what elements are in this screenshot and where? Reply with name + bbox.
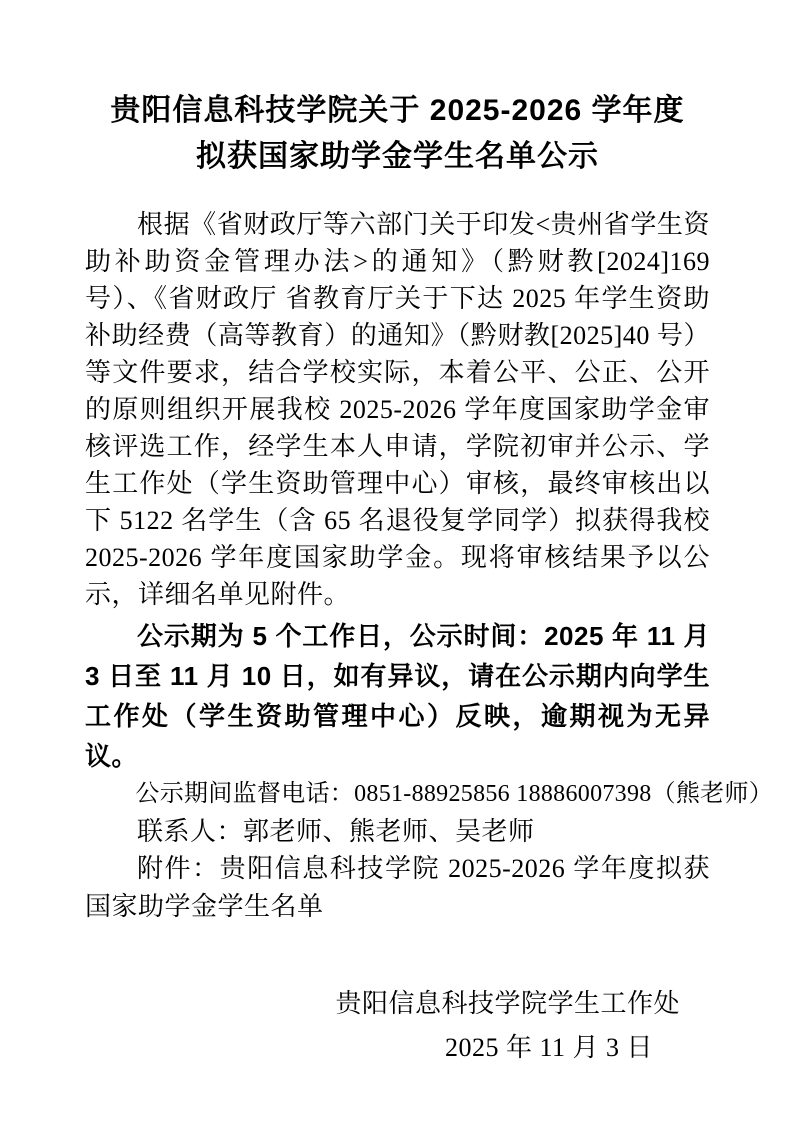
- signature-department: 贵阳信息科技学院学生工作处: [85, 982, 680, 1026]
- document-title: 贵阳信息科技学院关于 2025-2026 学年度 拟获国家助学金学生名单公示: [85, 88, 710, 180]
- document-title-line2: 拟获国家助学金学生名单公示: [85, 134, 710, 180]
- publicity-period-paragraph: 公示期为 5 个工作日，公示时间：2025 年 11 月 3 日至 11 月 1…: [85, 616, 710, 776]
- contact-persons-line: 联系人：郭老师、熊老师、吴老师: [85, 813, 710, 850]
- supervision-phone-line: 公示期间监督电话：0851-88925856 18886007398（熊老师）: [85, 776, 710, 813]
- document-title-line1: 贵阳信息科技学院关于 2025-2026 学年度: [85, 88, 710, 134]
- signature-date: 2025 年 11 月 3 日: [85, 1026, 653, 1070]
- intro-paragraph: 根据《省财政厅等六部门关于印发<贵州省学生资助补助资金管理办法>的通知》（黔财教…: [85, 206, 710, 613]
- signature-block: 贵阳信息科技学院学生工作处 2025 年 11 月 3 日: [85, 982, 710, 1070]
- notice-document-page: 贵阳信息科技学院关于 2025-2026 学年度 拟获国家助学金学生名单公示 根…: [0, 0, 793, 1122]
- attachment-line: 附件：贵阳信息科技学院 2025-2026 学年度拟获国家助学金学生名单: [85, 850, 710, 926]
